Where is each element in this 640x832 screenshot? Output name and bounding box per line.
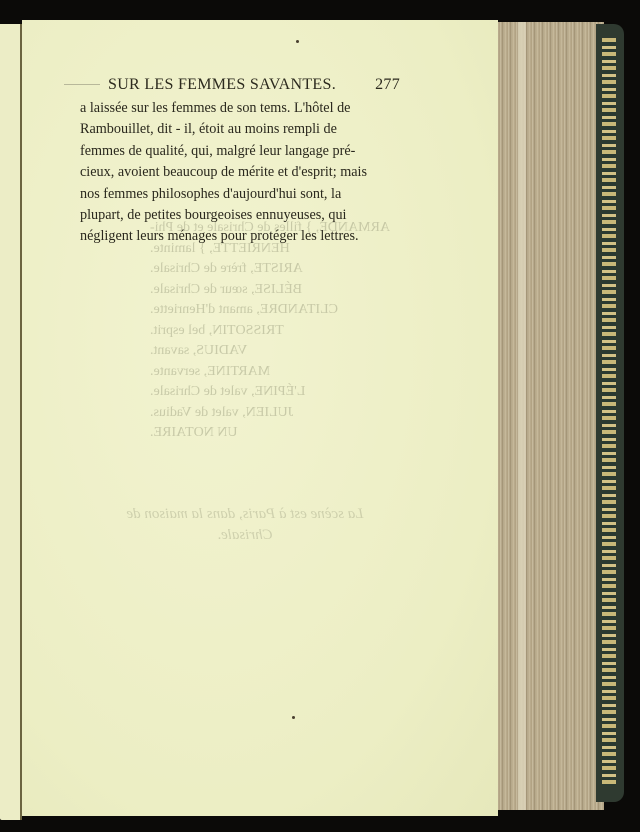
text-line: cieux, avoient beaucoup de mérite et d'e… bbox=[80, 162, 388, 183]
paper-speck bbox=[296, 40, 299, 43]
bleed-line: VADIUS, savant. bbox=[150, 341, 390, 362]
bleed-line: JULIEN, valet de Vadius. bbox=[150, 403, 390, 424]
bleed-line: UN NOTAIRE. bbox=[150, 423, 390, 444]
text-line: a laissée sur les femmes de son tems. L'… bbox=[80, 98, 388, 119]
paper-speck bbox=[292, 716, 295, 719]
text-line: négligent leurs ménages pour protéger le… bbox=[80, 226, 388, 247]
running-head: SUR LES FEMMES SAVANTES. 277 bbox=[108, 76, 400, 94]
body-text: a laissée sur les femmes de son tems. L'… bbox=[80, 98, 388, 248]
bleed-through-scene-note: La scène est à Paris, dans la maison de … bbox=[100, 504, 390, 545]
text-line: plupart, de petites bourgeoises ennuyeus… bbox=[80, 205, 388, 226]
page-edge-highlight bbox=[518, 22, 526, 810]
text-line: femmes de qualité, qui, malgré leur lang… bbox=[80, 141, 388, 162]
bleed-line: CLITANDRE, amant d'Henriette. bbox=[150, 300, 390, 321]
bleed-line: MARTINE, servante. bbox=[150, 362, 390, 383]
page-block-edges bbox=[496, 22, 604, 810]
running-head-title: SUR LES FEMMES SAVANTES. bbox=[108, 76, 336, 94]
bleed-line: La scène est à Paris, dans la maison de bbox=[100, 504, 390, 525]
text-line: Rambouillet, dit - il, étoit au moins re… bbox=[80, 119, 388, 140]
page-number: 277 bbox=[375, 76, 400, 94]
text-line: nos femmes philosophes d'aujourd'hui son… bbox=[80, 184, 388, 205]
head-rule bbox=[64, 84, 100, 85]
bleed-line: L'ÉPINE, valet de Chrisale. bbox=[150, 382, 390, 403]
greek-key-border bbox=[602, 38, 616, 786]
facing-page-edge bbox=[0, 24, 22, 820]
book-cover bbox=[596, 24, 624, 802]
bleed-line: Chrisale. bbox=[100, 525, 390, 546]
bleed-line: ARISTE, frère de Chrisale. bbox=[150, 259, 390, 280]
bleed-line: BÉLISE, sœur de Chrisale. bbox=[150, 280, 390, 301]
bleed-through-cast-list: ARMANDE, } filles de Chrisale et de Phi-… bbox=[150, 218, 390, 444]
bleed-line: TRISSOTIN, bel esprit. bbox=[150, 321, 390, 342]
